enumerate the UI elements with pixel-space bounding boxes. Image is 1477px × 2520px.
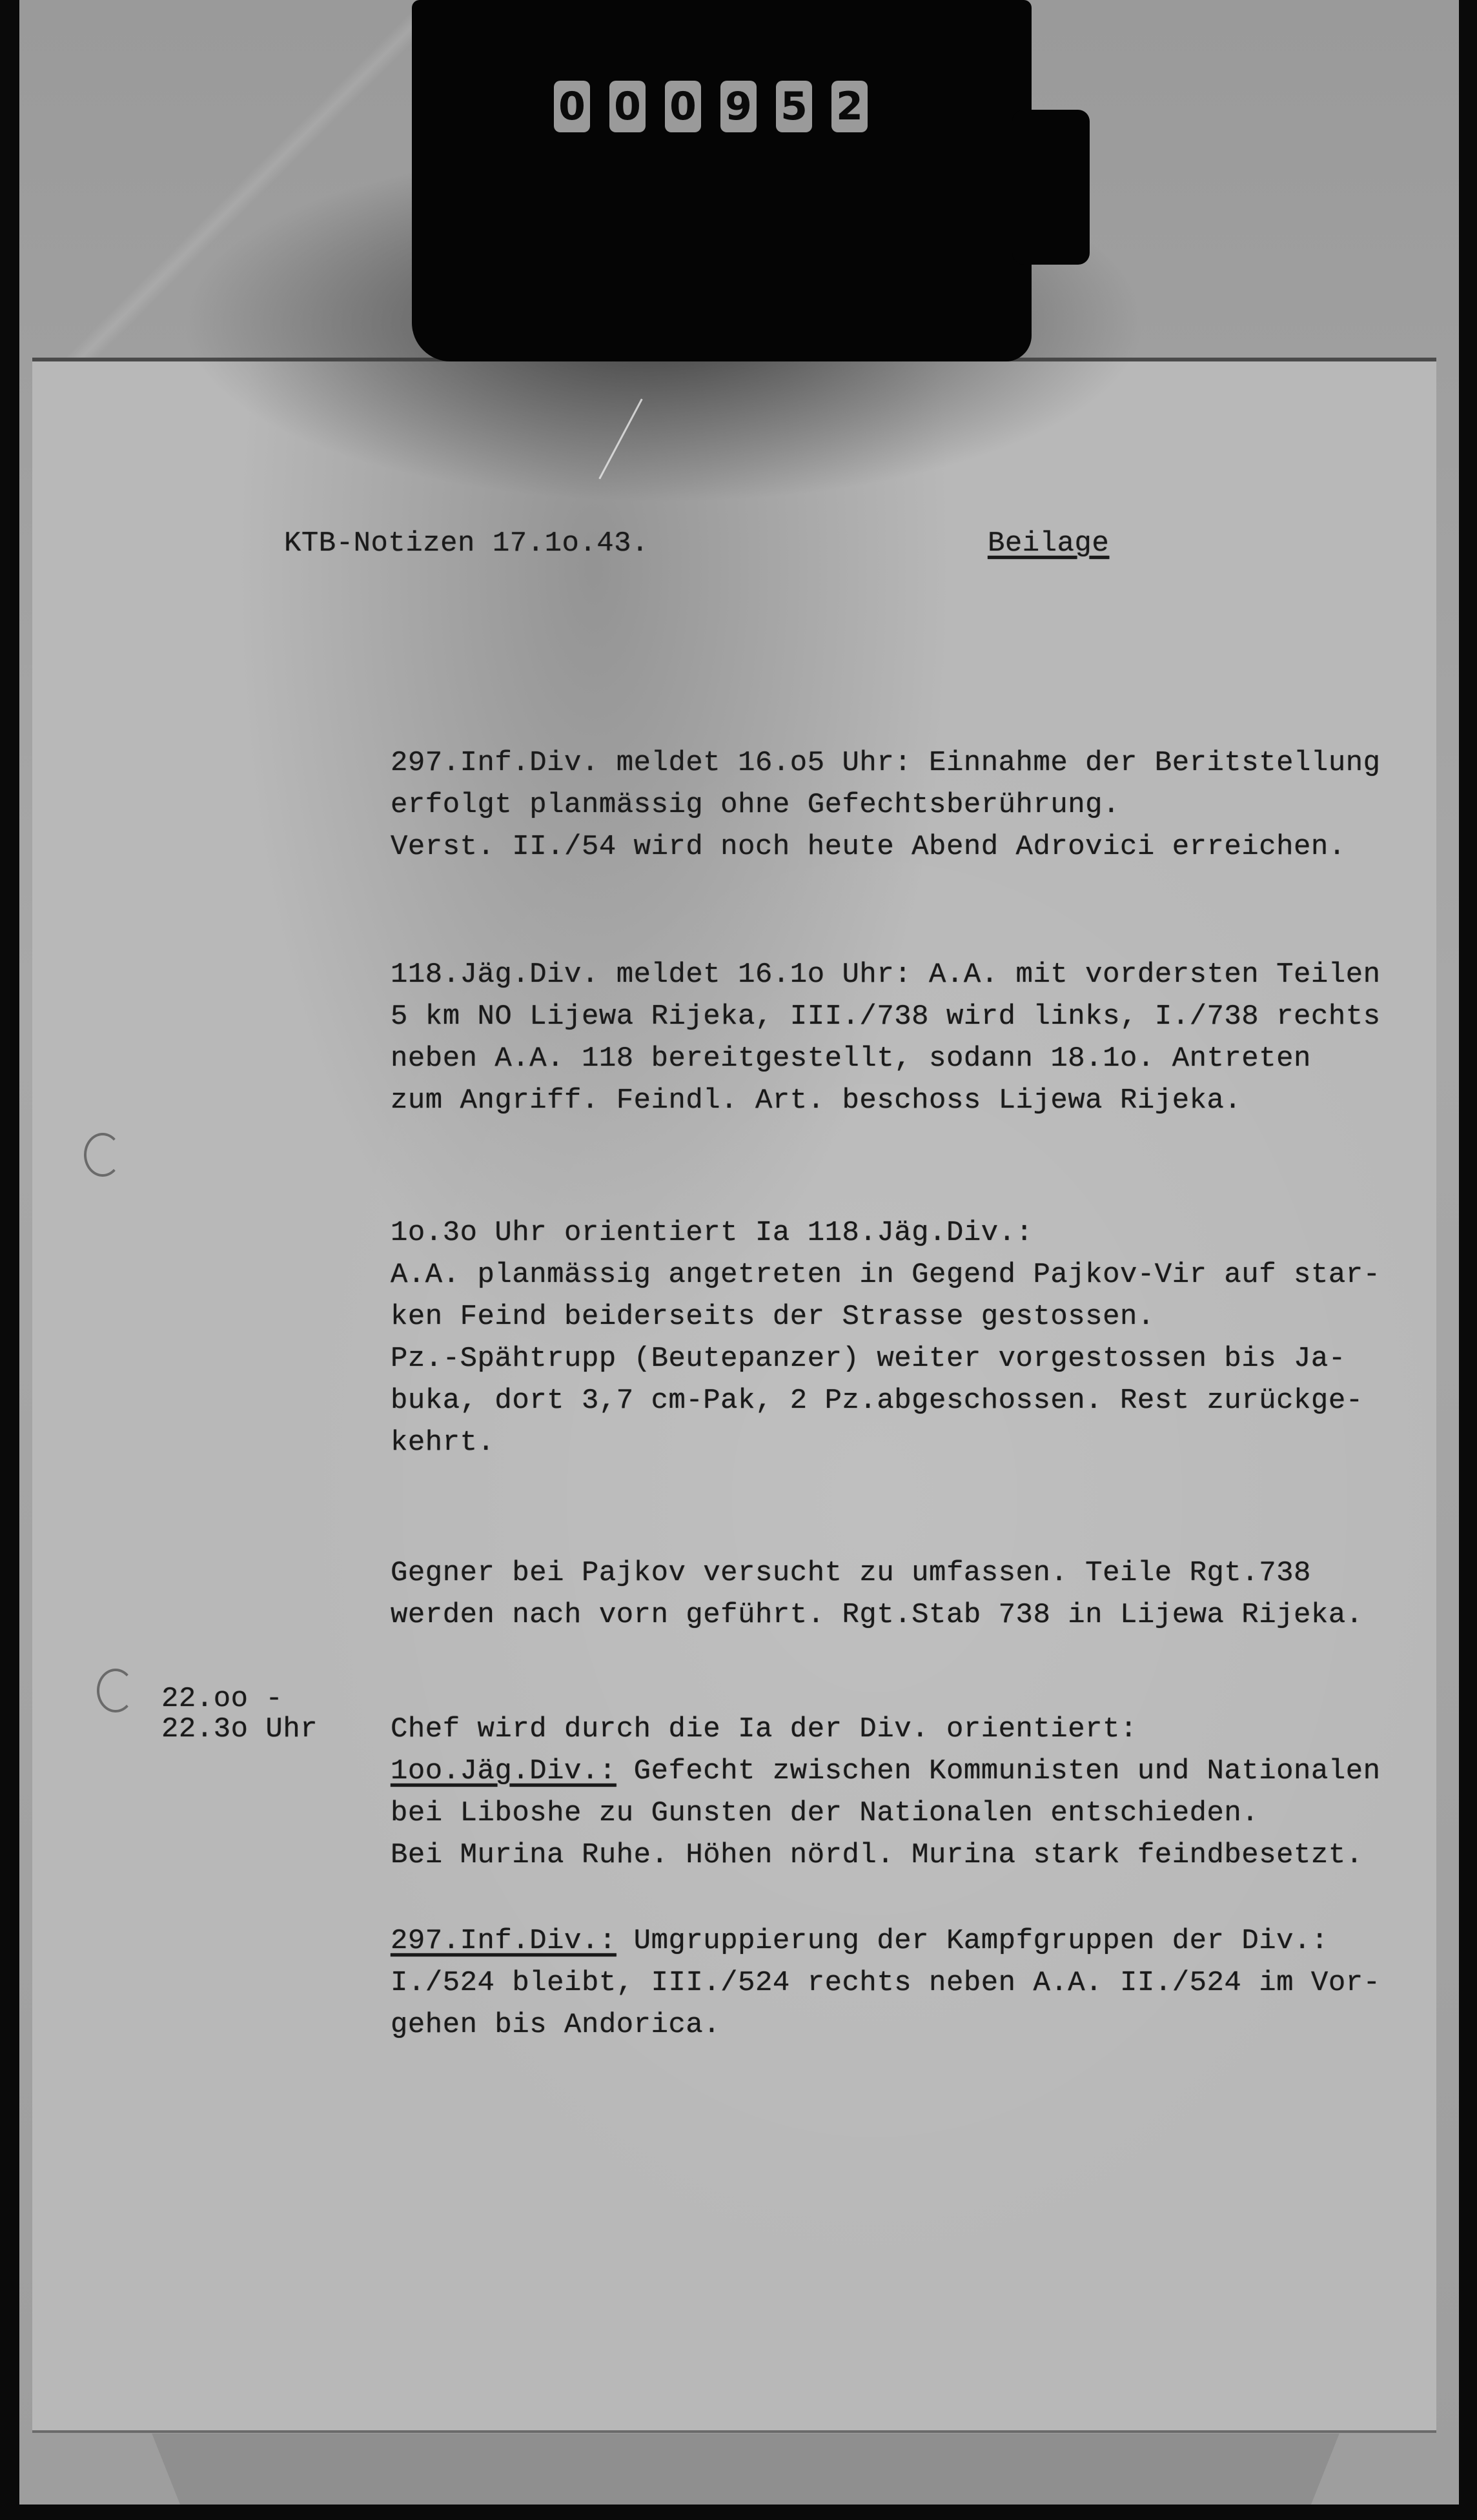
text-line: werden nach vorn geführt. Rgt.Stab 738 i… — [391, 1594, 1363, 1636]
text-line: ken Feind beiderseits der Strasse gestos… — [391, 1296, 1381, 1338]
counter-digit: 5 — [776, 81, 812, 132]
text-fragment: Umgruppierung der Kampfgruppen der Div.: — [616, 1925, 1329, 1957]
text-line: Pz.-Spähtrupp (Beutepanzer) weiter vorge… — [391, 1338, 1381, 1380]
text-line: 1o.3o Uhr orientiert Ia 118.Jäg.Div.: — [391, 1212, 1381, 1254]
text-line: kehrt. — [391, 1422, 1381, 1464]
paragraph-1030-orientation: 1o.3o Uhr orientiert Ia 118.Jäg.Div.: A.… — [391, 1212, 1381, 1464]
text-line: Verst. II./54 wird noch heute Abend Adro… — [391, 826, 1381, 868]
attachment-label: Beilage — [988, 523, 1109, 565]
counter-digit: 9 — [720, 81, 757, 132]
text-line: Chef wird durch die Ia der Div. orientie… — [391, 1709, 1381, 1751]
unit-label: 297.Inf.Div.: — [391, 1925, 616, 1957]
text-line: 118.Jäg.Div. meldet 16.1o Uhr: A.A. mit … — [391, 954, 1381, 996]
text-fragment: Gefecht zwischen Kommunisten und Nationa… — [616, 1755, 1381, 1787]
counter-knob — [1012, 110, 1090, 265]
text-line: neben A.A. 118 bereitgestellt, sodann 18… — [391, 1038, 1381, 1080]
unit-label: 1oo.Jäg.Div.: — [391, 1755, 616, 1787]
text-line: 5 km NO Lijewa Rijeka, III./738 wird lin… — [391, 996, 1381, 1038]
counter-body — [412, 0, 1032, 361]
text-line: Gegner bei Pajkov versucht zu umfassen. … — [391, 1552, 1363, 1594]
paragraph-297-inf-div: 297.Inf.Div. meldet 16.o5 Uhr: Einnahme … — [391, 742, 1381, 868]
counter-digits: 0 0 0 9 5 2 — [554, 81, 868, 132]
text-line: zum Angriff. Feindl. Art. beschoss Lijew… — [391, 1080, 1381, 1122]
punch-hole-mark — [84, 1133, 121, 1177]
document-title: KTB-Notizen 17.1o.43. — [284, 523, 649, 565]
punch-hole-mark — [97, 1669, 134, 1712]
text-line: bei Liboshe zu Gunsten der Nationalen en… — [391, 1793, 1381, 1834]
frame-counter: 0 0 0 9 5 2 — [412, 0, 1032, 361]
counter-digit: 0 — [609, 81, 646, 132]
text-line: gehen bis Andorica. — [391, 2004, 1381, 2046]
report-100-jaeg-div: 1oo.Jäg.Div.: Gefecht zwischen Kommunist… — [391, 1751, 1381, 1793]
report-297-inf-div: 297.Inf.Div.: Umgruppierung der Kampfgru… — [391, 1920, 1381, 2046]
text-line: erfolgt planmässig ohne Gefechtsberührun… — [391, 784, 1381, 826]
paragraph-118-jaeg-div: 118.Jäg.Div. meldet 16.1o Uhr: A.A. mit … — [391, 954, 1381, 1122]
text-line: A.A. planmässig angetreten in Gegend Paj… — [391, 1254, 1381, 1296]
time-entry-body: Chef wird durch die Ia der Div. orientie… — [391, 1709, 1381, 1876]
text-line: 297.Inf.Div. meldet 16.o5 Uhr: Einnahme … — [391, 742, 1381, 784]
counter-digit: 2 — [831, 81, 868, 132]
counter-digit: 0 — [665, 81, 701, 132]
report-297-header: 297.Inf.Div.: Umgruppierung der Kampfgru… — [391, 1920, 1381, 1962]
counter-digit: 0 — [554, 81, 590, 132]
time-end: 22.3o Uhr — [161, 1709, 318, 1751]
text-line: buka, dort 3,7 cm-Pak, 2 Pz.abgeschossen… — [391, 1380, 1381, 1422]
paragraph-enemy-pajkov: Gegner bei Pajkov versucht zu umfassen. … — [391, 1552, 1363, 1636]
folder-bottom-strip — [39, 2434, 1452, 2505]
text-line: Bei Murina Ruhe. Höhen nördl. Murina sta… — [391, 1834, 1381, 1876]
text-line: I./524 bleibt, III./524 rechts neben A.A… — [391, 1962, 1381, 2004]
